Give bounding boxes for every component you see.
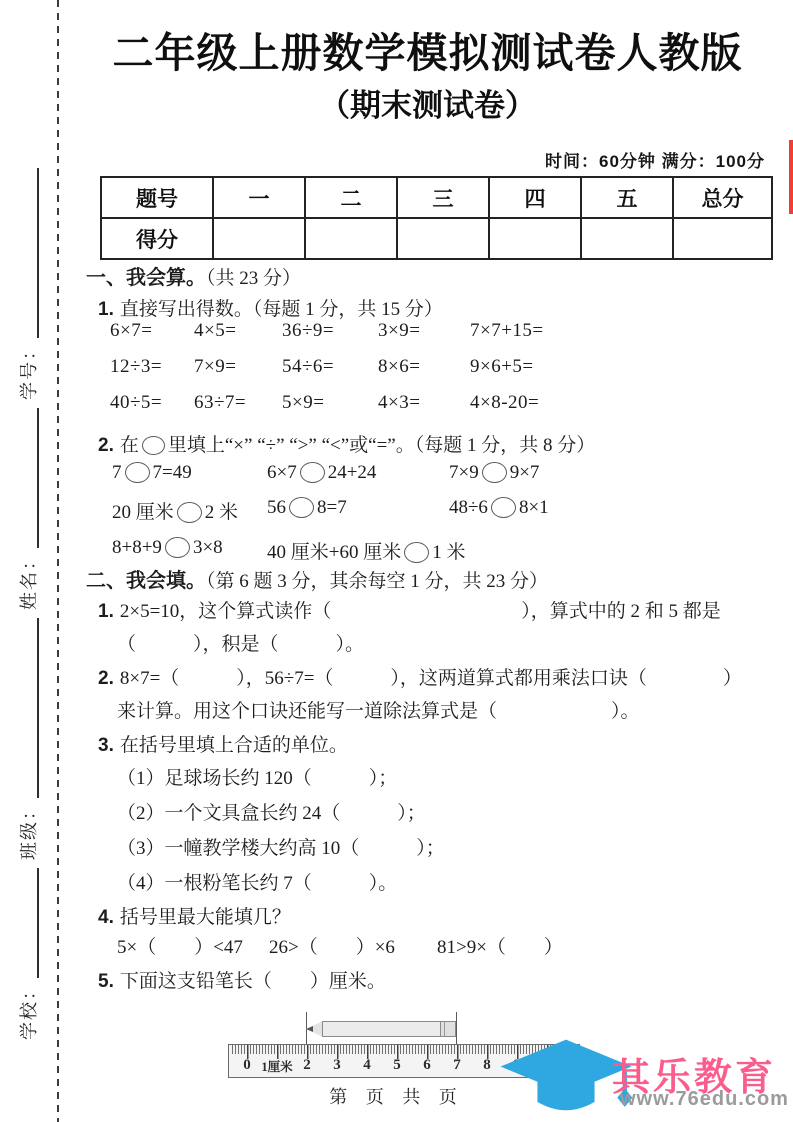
circle-problem: 8+8+93×8 xyxy=(112,537,267,564)
s1-q1-problems: 6×7= 4×5= 36÷9= 3×9= 7×7+15= 12÷3= 7×9= … xyxy=(110,320,544,414)
s2-q1-line1: 1.2×5=10，这个算式读作（ ），算式中的 2 和 5 都是 xyxy=(98,596,721,623)
s2-q3-item: （2）一个文具盒长约 24（ ）； xyxy=(117,798,426,825)
problem-right: 3×8 xyxy=(193,537,223,558)
problem-right: 8×1 xyxy=(519,497,549,518)
question-text: 2×5=10，这个算式读作（ ），算式中的 2 和 5 都是 xyxy=(120,601,721,622)
question-number: 2. xyxy=(98,435,114,456)
problem-left: 7×9 xyxy=(449,462,479,483)
ruler-label: 4 xyxy=(355,1057,379,1074)
edge-accent-mark xyxy=(789,140,793,214)
section2-note: （第 6 题 3 分，其余每空 1 分，共 23 分） xyxy=(206,571,548,592)
math-problem: 4×8-20= xyxy=(470,392,544,414)
question-number: 1. xyxy=(98,601,114,622)
math-problem: 3×9= xyxy=(378,320,470,342)
score-table-cell: 五 xyxy=(581,177,673,218)
answer-circle xyxy=(177,502,202,523)
ruler-label: 5 xyxy=(385,1057,409,1074)
s2-q4-problems: 5×（ ）<47 26>（ ）×6 81>9×（ ） xyxy=(117,932,677,959)
problem-right: 24+24 xyxy=(328,462,377,483)
question-number: 1. xyxy=(98,299,114,320)
paper-title: 二年级上册数学模拟测试卷人教版 xyxy=(85,20,770,79)
score-table-header-row: 题号 一 二 三 四 五 总分 xyxy=(101,177,772,218)
name-label: 姓名： xyxy=(15,550,41,610)
question-text-pre: 在 xyxy=(120,435,139,456)
s2-q2-line2: 来计算。用这个口诀还能写一道除法算式是（ ）。 xyxy=(117,696,640,723)
pencil-body xyxy=(322,1021,441,1037)
school-blank-line xyxy=(17,868,39,978)
problem-right: 7=49 xyxy=(153,462,192,483)
time-score-meta: 时间：60分钟 满分：100分 xyxy=(545,147,765,172)
ruler-label: 3 xyxy=(325,1057,349,1074)
math-problem: 9×6+5= xyxy=(470,356,544,378)
pencil-tip-icon xyxy=(306,1026,313,1032)
math-problem: 5×9= xyxy=(282,392,378,414)
section2-title: 二、我会填。 xyxy=(86,570,206,592)
circle-problem: 20 厘米2 米 xyxy=(112,497,267,524)
s2-q3-item: （4）一根粉笔长约 7（ ）。 xyxy=(117,868,397,895)
answer-circle xyxy=(125,462,150,483)
score-row-label: 得分 xyxy=(101,218,213,259)
question-number: 3. xyxy=(98,735,114,756)
score-empty-cell xyxy=(397,218,489,259)
ruler-label: 6 xyxy=(415,1057,439,1074)
ruler-label: 2 xyxy=(295,1057,319,1074)
question-text: 在括号里填上合适的单位。 xyxy=(120,735,348,756)
s1-q2-label: 2.在里填上“×” “÷” “>” “<”或“=”。（每题 1 分，共 8 分） xyxy=(98,430,595,457)
math-problem: 8×6= xyxy=(378,356,470,378)
circle-problem: 568=7 xyxy=(267,497,449,524)
score-empty-cell xyxy=(489,218,581,259)
s2-q2-line1: 2.8×7=（ ），56÷7=（ ），这两道算式都用乘法口诀（ ） xyxy=(98,663,742,690)
problem-right: 8=7 xyxy=(317,497,347,518)
score-table-cell: 四 xyxy=(489,177,581,218)
circle-problem: 6×724+24 xyxy=(267,462,449,484)
answer-circle-icon xyxy=(142,436,165,455)
math-problem: 4×3= xyxy=(378,392,470,414)
math-problem: 54÷6= xyxy=(282,356,378,378)
math-problem: 63÷7= xyxy=(194,392,282,414)
s2-q3-label: 3.在括号里填上合适的单位。 xyxy=(98,730,348,757)
ruler-label: 8 xyxy=(475,1057,499,1074)
problem-right: 2 米 xyxy=(205,502,238,523)
s2-q3-item: （1）足球场长约 120（ ）； xyxy=(117,763,397,790)
question-text: 8×7=（ ），56÷7=（ ），这两道算式都用乘法口诀（ ） xyxy=(120,668,742,689)
score-table: 题号 一 二 三 四 五 总分 得分 xyxy=(100,176,773,260)
student-id-label: 学号： xyxy=(15,340,41,400)
answer-circle xyxy=(491,497,516,518)
math-problem: 7×7+15= xyxy=(470,320,544,342)
s1-q2-problems: 77=49 6×724+24 7×99×7 20 厘米2 米 568=7 48÷… xyxy=(112,462,549,564)
student-id-blank-line xyxy=(17,168,39,338)
name-blank-line xyxy=(17,408,39,548)
problem-left: 6×7 xyxy=(267,462,297,483)
student-info-margin: 学校： 班级： 姓名： 学号： xyxy=(13,160,43,1040)
question-text: 括号里最大能填几？ xyxy=(120,907,291,928)
problem-right: 9×7 xyxy=(510,462,540,483)
score-table-cell: 二 xyxy=(305,177,397,218)
circle-problem: 48÷68×1 xyxy=(449,497,549,524)
score-table-cell: 总分 xyxy=(673,177,772,218)
s2-q3-item: （3）一幢教学楼大约高 10（ ）； xyxy=(117,833,445,860)
math-problem: 12÷3= xyxy=(110,356,194,378)
question-text: 下面这支铅笔长（ ）厘米。 xyxy=(120,971,386,992)
score-empty-cell xyxy=(213,218,305,259)
class-label: 班级： xyxy=(15,800,41,860)
problem-left: 20 厘米 xyxy=(112,502,174,523)
answer-circle xyxy=(165,537,190,558)
math-problem: 4×5= xyxy=(194,320,282,342)
score-empty-cell xyxy=(305,218,397,259)
section1-heading: 一、我会算。（共 23 分） xyxy=(86,261,301,290)
score-table-cell: 题号 xyxy=(101,177,213,218)
s2-q1-line2: （ ），积是（ ）。 xyxy=(117,629,364,656)
score-table-cell: 一 xyxy=(213,177,305,218)
problem-left: 48÷6 xyxy=(449,497,488,518)
max-fill-problem: 81>9×（ ） xyxy=(437,932,677,959)
section1-title: 一、我会算。 xyxy=(86,267,206,289)
test-paper-page: 学校： 班级： 姓名： 学号： 二年级上册数学模拟测试卷人教版 （期末测试卷） … xyxy=(0,0,793,1122)
student-id-field: 学号： xyxy=(13,160,43,400)
paper-subtitle: （期末测试卷） xyxy=(85,80,770,125)
question-text-post: 里填上“×” “÷” “>” “<”或“=”。（每题 1 分，共 8 分） xyxy=(168,435,595,456)
class-blank-line xyxy=(17,618,39,798)
math-problem: 40÷5= xyxy=(110,392,194,414)
problem-left: 56 xyxy=(267,497,286,518)
max-fill-problem: 5×（ ）<47 xyxy=(117,932,269,959)
circle-problem: 7×99×7 xyxy=(449,462,549,484)
pencil-eraser-end xyxy=(440,1021,456,1037)
math-problem: 7×9= xyxy=(194,356,282,378)
name-field: 姓名： xyxy=(13,400,43,610)
ruler-unit-label: 1厘米 xyxy=(255,1057,299,1075)
problem-left: 8+8+9 xyxy=(112,537,162,558)
ruler-label: 7 xyxy=(445,1057,469,1074)
circle-problem: 40 厘米+60 厘米1 米 xyxy=(267,537,549,564)
answer-circle xyxy=(300,462,325,483)
circle-problem: 77=49 xyxy=(112,462,267,484)
question-text: 直接写出得数。（每题 1 分，共 15 分） xyxy=(120,299,443,320)
score-empty-cell xyxy=(673,218,772,259)
section1-note: （共 23 分） xyxy=(206,268,301,289)
score-empty-cell xyxy=(581,218,673,259)
question-number: 4. xyxy=(98,907,114,928)
measure-guide-line xyxy=(456,1012,457,1044)
margin-dashed-divider xyxy=(57,0,59,1122)
question-number: 5. xyxy=(98,971,114,992)
question-number: 2. xyxy=(98,668,114,689)
score-table-cell: 三 xyxy=(397,177,489,218)
s1-q1-label: 1.直接写出得数。（每题 1 分，共 15 分） xyxy=(98,294,443,321)
problem-left: 40 厘米+60 厘米 xyxy=(267,542,401,563)
problem-right: 1 米 xyxy=(432,542,465,563)
answer-circle xyxy=(289,497,314,518)
math-problem: 6×7= xyxy=(110,320,194,342)
class-field: 班级： xyxy=(13,610,43,860)
max-fill-problem: 26>（ ）×6 xyxy=(269,932,437,959)
math-problem: 36÷9= xyxy=(282,320,378,342)
logo-website-url: www.76edu.com xyxy=(620,1088,789,1111)
s2-q5-label: 5.下面这支铅笔长（ ）厘米。 xyxy=(98,966,386,993)
s2-q4-label: 4.括号里最大能填几？ xyxy=(98,902,291,929)
problem-left: 7 xyxy=(112,462,122,483)
answer-circle xyxy=(404,542,429,563)
answer-circle xyxy=(482,462,507,483)
section2-heading: 二、我会填。（第 6 题 3 分，其余每空 1 分，共 23 分） xyxy=(86,564,548,593)
school-label: 学校： xyxy=(15,980,41,1040)
school-field: 学校： xyxy=(13,860,43,1040)
score-table-score-row: 得分 xyxy=(101,218,772,259)
